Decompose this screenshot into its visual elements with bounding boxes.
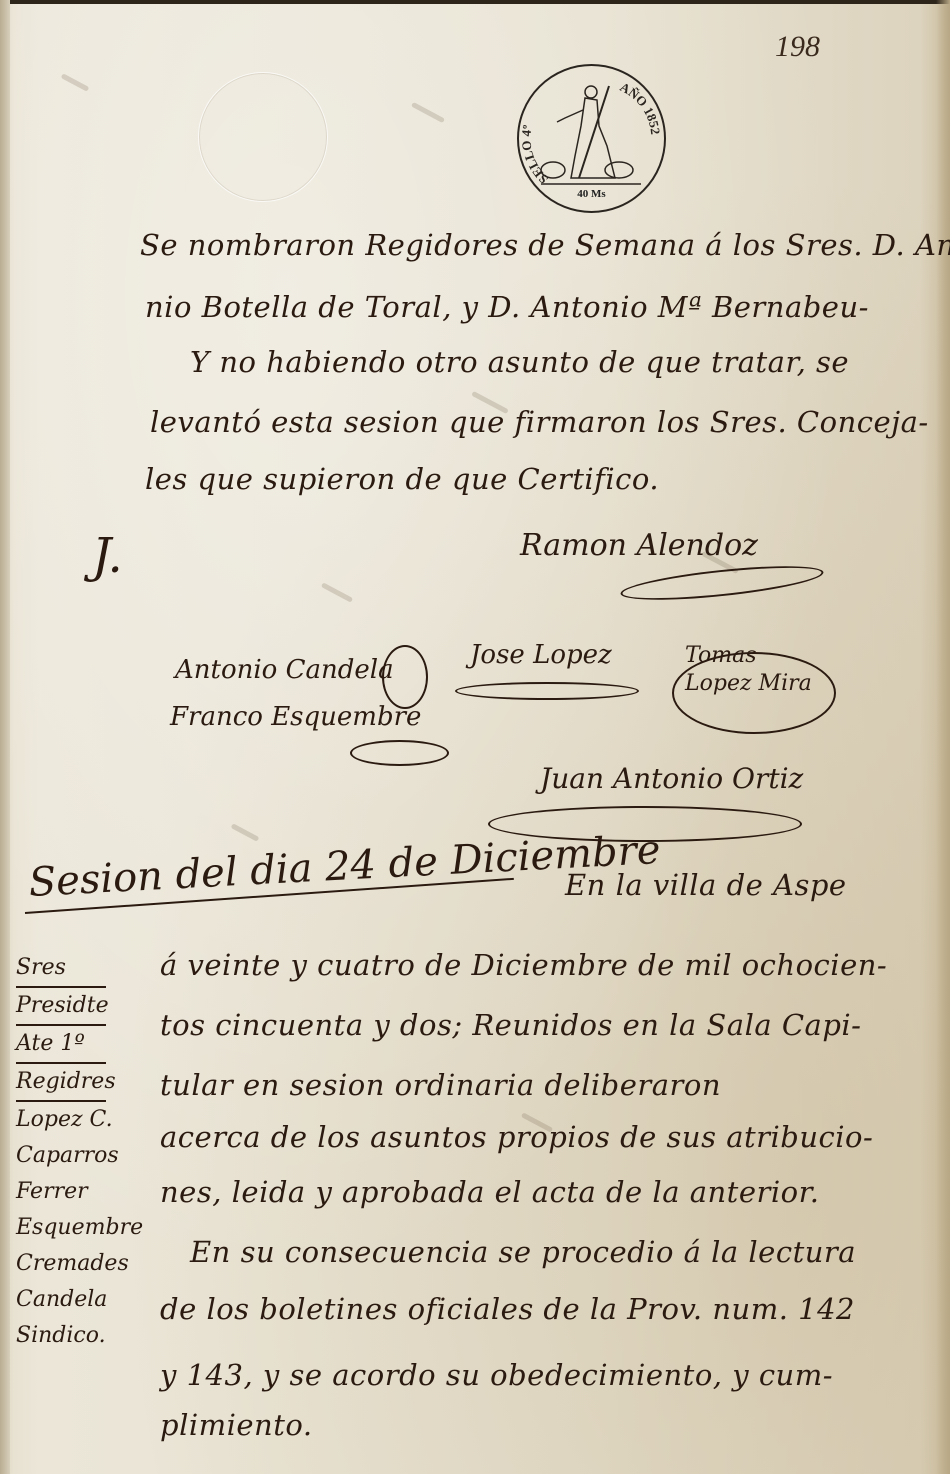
attendee-name: Ferrer <box>16 1174 146 1210</box>
signature-flourish <box>350 740 449 766</box>
ink-bleed <box>61 73 90 91</box>
binding-edge <box>0 0 10 1474</box>
page-top-edge <box>0 0 950 4</box>
page-right-edge <box>936 0 950 1474</box>
folio-number: 198 <box>775 30 820 64</box>
attendee-label: Presidte <box>16 988 106 1026</box>
ink-bleed <box>321 582 353 602</box>
text-line: Se nombraron Regidores de Semana á los S… <box>140 228 950 262</box>
attendee-label: Sres <box>16 950 106 988</box>
signature: Juan Antonio Ortiz <box>540 762 803 795</box>
attendee-name: Cremades <box>16 1246 146 1282</box>
signature: Jose Lopez <box>470 640 612 670</box>
attendee-name: Candela <box>16 1282 146 1318</box>
text-line: nes, leida y aprobada el acta de la ante… <box>160 1175 820 1209</box>
signature: Franco Esquembre <box>170 702 421 732</box>
text-line: de los boletines oficiales de la Prov. n… <box>160 1292 855 1326</box>
attendee-name: Caparros <box>16 1138 146 1174</box>
svg-text:AÑO 1852: AÑO 1852 <box>618 79 664 135</box>
text-line: nio Botella de Toral, y D. Antonio Mª Be… <box>145 290 869 324</box>
text-line: levantó esta sesion que firmaron los Sre… <box>150 405 929 439</box>
text-line: plimiento. <box>160 1408 313 1442</box>
attendee-name: Esquembre <box>16 1210 146 1246</box>
ink-bleed <box>231 823 260 841</box>
attendee-name: Lopez C. <box>16 1102 146 1138</box>
signature: Ramon Alendoz <box>520 528 758 563</box>
tax-stamp: SELLO 4º AÑO 1852 40 Ms <box>517 64 666 213</box>
signature-flourish <box>455 682 639 700</box>
text-line: tular en sesion ordinaria deliberaron <box>160 1068 721 1102</box>
stamp-denomination: 40 Ms <box>519 188 664 200</box>
embossed-seal <box>198 72 328 202</box>
clerk-mark: J. <box>92 528 123 584</box>
text-line: En su consecuencia se procedio á la lect… <box>190 1235 856 1269</box>
signature-flourish <box>672 652 836 734</box>
ink-bleed <box>411 102 445 123</box>
attendee-label: Regidres <box>16 1064 106 1102</box>
signature: Antonio Candela <box>175 655 394 685</box>
manuscript-page: 198 SELLO 4º AÑO 1852 40 Ms Se nombraron… <box>0 0 950 1474</box>
text-line: á veinte y cuatro de Diciembre de mil oc… <box>160 948 887 982</box>
stamp-right-text: AÑO 1852 <box>618 79 664 135</box>
text-line: y 143, y se acordo su obedecimiento, y c… <box>160 1358 833 1392</box>
attendee-label: Ate 1º <box>16 1026 106 1064</box>
text-line: tos cincuenta y dos; Reunidos en la Sala… <box>160 1008 861 1042</box>
text-line: En la villa de Aspe <box>565 868 847 902</box>
signature-flourish <box>382 645 428 709</box>
text-line: Y no habiendo otro asunto de que tratar,… <box>190 345 849 379</box>
attendee-name: Sindico. <box>16 1318 146 1354</box>
text-line: acerca de los asuntos propios de sus atr… <box>160 1120 873 1154</box>
text-line: les que supieron de que Certifico. <box>145 462 659 496</box>
attendee-margin-list: Sres Presidte Ate 1º Regidres Lopez C. C… <box>16 950 146 1354</box>
